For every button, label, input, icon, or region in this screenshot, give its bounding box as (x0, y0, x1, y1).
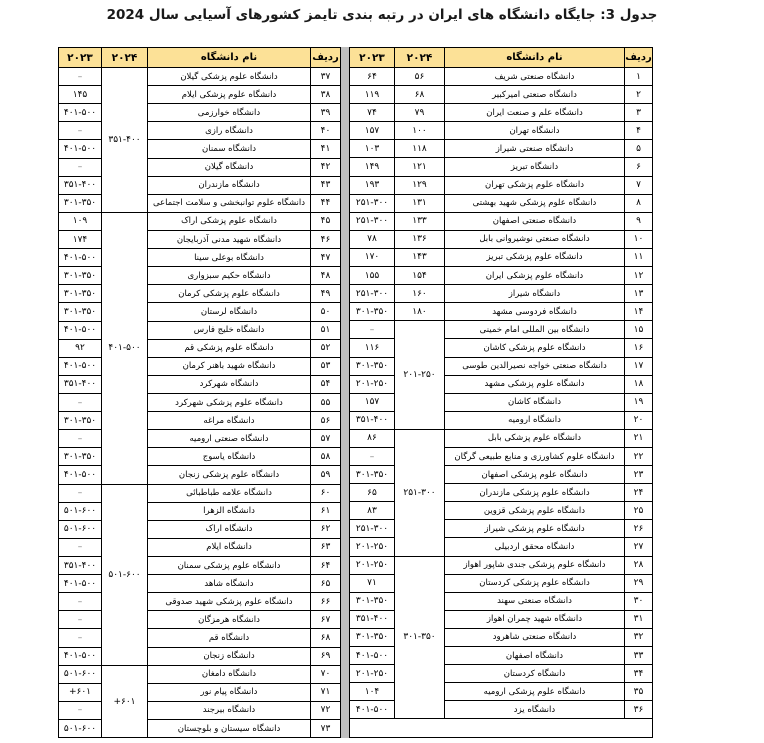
rank-2023-cell: ۶۴ (350, 68, 395, 86)
university-name-cell: دانشگاه پیام نور (148, 683, 311, 701)
university-name-cell: دانشگاه علوم پزشکی قم (148, 339, 311, 357)
table-row: ۱۰دانشگاه صنعتی نوشیروانی بابل۱۳۶۷۸ (350, 230, 653, 248)
rank-2023-cell: ۶۵ (350, 484, 395, 502)
rank-cell: ۲۴ (625, 484, 653, 502)
university-name-cell: دانشگاه شاهد (148, 575, 311, 593)
university-name-cell: دانشگاه علوم پزشکی شهید صدوقی (148, 593, 311, 611)
rank-cell: ۶۴ (311, 556, 341, 574)
university-name-cell: دانشگاه علوم پزشکی بابل (445, 429, 625, 447)
rank-2023-cell: ۳۰۱-۳۵۰ (59, 267, 102, 285)
university-name-cell: دانشگاه صنعتی شریف (445, 68, 625, 86)
rank-cell: ۱۴ (625, 303, 653, 321)
rank-2023-cell: ۳۰۱-۳۵۰ (350, 592, 395, 610)
university-name-cell: دانشگاه علوم پزشکی جندی شاپور اهواز (445, 556, 625, 574)
table-row: ۱۴دانشگاه فردوسی مشهد۱۸۰۳۰۱-۳۵۰ (350, 303, 653, 321)
table-row: ۷دانشگاه علوم پزشکی تهران۱۲۹۱۹۳ (350, 176, 653, 194)
university-name-cell: دانشگاه سمنان (148, 140, 311, 158)
rank-2023-cell: ۱۱۶ (350, 339, 395, 357)
rank-2023-cell: ۱۷۰ (350, 248, 395, 266)
university-name-cell: دانشگاه علوم پزشکی ارومیه (445, 683, 625, 701)
table-row: ۶۰دانشگاه علامه طباطبائی۵۰۱-۶۰۰– (59, 484, 341, 502)
table-row: ۴۷دانشگاه بوعلی سینا۴۰۱-۵۰۰ (59, 249, 341, 267)
rank-cell: ۱ (625, 68, 653, 86)
rank-cell: ۴۵ (311, 212, 341, 230)
rank-cell: ۳۹ (311, 104, 341, 122)
table-title: جدول 3: جایگاه دانشگاه های ایران در رتبه… (0, 7, 764, 23)
university-name-cell: دانشگاه صنعتی نوشیروانی بابل (445, 230, 625, 248)
rank-cell: ۶۷ (311, 611, 341, 629)
table-row: ۶۲دانشگاه اراک۵۰۱-۶۰۰ (59, 520, 341, 538)
table-row: ۴۵دانشگاه علوم پزشکی اراک۴۰۱-۵۰۰۱۰۹ (59, 212, 341, 230)
rank-cell: ۵ (625, 140, 653, 158)
rank-cell: ۲۶ (625, 520, 653, 538)
university-name-cell: دانشگاه تبریز (445, 158, 625, 176)
university-name-cell: دانشگاه صنعتی سهند (445, 592, 625, 610)
table-row: ۶۷دانشگاه هرمزگان– (59, 611, 341, 629)
table-row: ۶۹دانشگاه زنجان۴۰۱-۵۰۰ (59, 647, 341, 665)
rank-cell: ۱۸ (625, 375, 653, 393)
university-name-cell: دانشگاه دامغان (148, 665, 311, 683)
rank-2023-cell: ۱۵۷ (350, 393, 395, 411)
university-name-cell: دانشگاه خوارزمی (148, 104, 311, 122)
university-name-cell: دانشگاه گیلان (148, 158, 311, 176)
table-row: ۶۱دانشگاه الزهرا۵۰۱-۶۰۰ (59, 502, 341, 520)
rank-2023-cell: ۴۰۱-۵۰۰ (59, 104, 102, 122)
right-header-row: ردیف نام دانشگاه ۲۰۲۴ ۲۰۲۳ (350, 48, 653, 68)
table-row: ۱دانشگاه صنعتی شریف۵۶۶۴ (350, 68, 653, 86)
rank-cell: ۳۷ (311, 68, 341, 86)
rank-cell: ۱۱ (625, 248, 653, 266)
university-name-cell: دانشگاه یاسوج (148, 448, 311, 466)
table-row: ۷۱دانشگاه پیام نور+۶۰۱ (59, 683, 341, 701)
university-name-cell: دانشگاه علوم پزشکی ایران (445, 267, 625, 285)
table-row: ۶۳دانشگاه ایلام– (59, 538, 341, 556)
rank-2023-cell: ۳۰۱-۳۵۰ (350, 357, 395, 375)
rank-2023-cell: ۹۲ (59, 339, 102, 357)
table-row: ۴۰دانشگاه رازی– (59, 122, 341, 140)
rank-2023-cell: ۳۵۱-۴۰۰ (59, 176, 102, 194)
university-name-cell: دانشگاه اصفهان (445, 647, 625, 665)
rank-cell: ۲۰ (625, 411, 653, 429)
university-name-cell: دانشگاه زنجان (148, 647, 311, 665)
university-name-cell: دانشگاه علوم پزشکی شهید بهشتی (445, 194, 625, 212)
rank-2023-cell: ۳۰۱-۳۵۰ (350, 303, 395, 321)
university-name-cell: دانشگاه لرستان (148, 303, 311, 321)
university-name-cell: دانشگاه علوم پزشکی اصفهان (445, 466, 625, 484)
university-name-cell: دانشگاه شهید چمران اهواز (445, 610, 625, 628)
rank-cell: ۱۶ (625, 339, 653, 357)
rank-2023-cell: ۸۳ (350, 502, 395, 520)
rank-2023-cell: ۷۴ (350, 104, 395, 122)
rank-cell: ۲۸ (625, 556, 653, 574)
table-row: ۵۹دانشگاه علوم پزشکی زنجان۴۰۱-۵۰۰ (59, 466, 341, 484)
university-name-cell: دانشگاه محقق اردبیلی (445, 538, 625, 556)
rank-2024-cell: ۱۱۸ (395, 140, 445, 158)
university-name-cell: دانشگاه خلیج فارس (148, 321, 311, 339)
rank-2023-cell: ۳۵۱-۴۰۰ (350, 610, 395, 628)
university-name-cell: دانشگاه صنعتی شیراز (445, 140, 625, 158)
rank-2023-cell: ۴۰۱-۵۰۰ (59, 249, 102, 267)
rank-2024-cell: ۵۶ (395, 68, 445, 86)
university-name-cell: دانشگاه علوم پزشکی گیلان (148, 68, 311, 86)
table-row: ۲دانشگاه صنعتی امیرکبیر۶۸۱۱۹ (350, 86, 653, 104)
rank-2023-cell: ۳۰۱-۳۵۰ (59, 303, 102, 321)
rank-cell: ۶۱ (311, 502, 341, 520)
rank-2023-cell: ۲۰۱-۲۵۰ (350, 538, 395, 556)
rank-cell: ۵۷ (311, 430, 341, 448)
table-row: ۵۶دانشگاه مراغه۳۰۱-۳۵۰ (59, 412, 341, 430)
table-row: ۶۵دانشگاه شاهد۴۰۱-۵۰۰ (59, 575, 341, 593)
rank-cell: ۵۲ (311, 339, 341, 357)
rank-cell: ۲۹ (625, 574, 653, 592)
rank-cell: ۴۹ (311, 285, 341, 303)
rank-cell: ۲۱ (625, 429, 653, 447)
university-name-cell: دانشگاه هرمزگان (148, 611, 311, 629)
rank-cell: ۱۲ (625, 267, 653, 285)
university-name-cell: دانشگاه علوم پزشکی کاشان (445, 339, 625, 357)
university-name-cell: دانشگاه مراغه (148, 412, 311, 430)
rank-cell: ۱۹ (625, 393, 653, 411)
rank-2023-cell: ۵۰۱-۶۰۰ (59, 502, 102, 520)
rank-2023-cell: ۲۵۱-۳۰۰ (350, 212, 395, 230)
rank-cell: ۶۹ (311, 647, 341, 665)
rank-2024-group-cell: ۴۰۱-۵۰۰ (102, 212, 148, 484)
rank-2024-group-cell: ۲۰۱-۲۵۰ (395, 321, 445, 430)
table-row: ۱۳دانشگاه شیراز۱۶۰۲۵۱-۳۰۰ (350, 285, 653, 303)
rank-cell: ۳۶ (625, 701, 653, 719)
university-name-cell: دانشگاه شهید مدنی آذربایجان (148, 230, 311, 248)
rank-cell: ۲۷ (625, 538, 653, 556)
table-row: ۴۳دانشگاه مازندران۳۵۱-۴۰۰ (59, 176, 341, 194)
rank-2023-cell: ۱۰۳ (350, 140, 395, 158)
rank-cell: ۴۲ (311, 158, 341, 176)
university-name-cell: دانشگاه بوعلی سینا (148, 249, 311, 267)
university-name-cell: دانشگاه صنعتی خواجه نصیرالدین طوسی (445, 357, 625, 375)
university-name-cell: دانشگاه علوم پزشکی کرمان (148, 285, 311, 303)
table-separator (341, 47, 349, 738)
rank-2023-cell: – (59, 538, 102, 556)
rank-cell: ۵۹ (311, 466, 341, 484)
table-row: ۴۴دانشگاه علوم توانبخشی و سلامت اجتماعی۳… (59, 194, 341, 212)
university-name-cell: دانشگاه علوم پزشکی شهرکرد (148, 393, 311, 411)
rank-cell: ۴۸ (311, 267, 341, 285)
rank-cell: ۵۴ (311, 375, 341, 393)
rank-cell: ۲ (625, 86, 653, 104)
rank-2023-cell: ۳۰۱-۳۵۰ (350, 628, 395, 646)
table-row: ۳۷دانشگاه علوم پزشکی گیلان۳۵۱-۴۰۰– (59, 68, 341, 86)
rank-2023-cell: ۱۴۵ (59, 86, 102, 104)
rank-2024-cell: ۱۸۰ (395, 303, 445, 321)
rank-cell: ۷۰ (311, 665, 341, 683)
empty-cell (350, 719, 653, 738)
rank-cell: ۷ (625, 176, 653, 194)
page: جدول 3: جایگاه دانشگاه های ایران در رتبه… (0, 0, 764, 743)
rank-cell: ۴۳ (311, 176, 341, 194)
table-row: ۴۲دانشگاه گیلان– (59, 158, 341, 176)
table-row: ۹دانشگاه صنعتی اصفهان۱۳۳۲۵۱-۳۰۰ (350, 212, 653, 230)
rank-cell: ۶۰ (311, 484, 341, 502)
rank-cell: ۶ (625, 158, 653, 176)
empty-row (350, 719, 653, 738)
rank-2023-cell: – (350, 321, 395, 339)
rank-2023-cell: ۸۶ (350, 429, 395, 447)
rank-2023-cell: – (59, 629, 102, 647)
rank-2023-cell: – (59, 122, 102, 140)
table-row: ۴۱دانشگاه سمنان۴۰۱-۵۰۰ (59, 140, 341, 158)
rank-2023-cell: – (59, 430, 102, 448)
col-header-rank: ردیف (625, 48, 653, 68)
tables-container: ردیف نام دانشگاه ۲۰۲۴ ۲۰۲۳ ۱دانشگاه صنعت… (58, 47, 653, 738)
rank-cell: ۵۶ (311, 412, 341, 430)
rank-2024-cell: ۱۲۱ (395, 158, 445, 176)
rank-cell: ۵۸ (311, 448, 341, 466)
university-name-cell: دانشگاه فردوسی مشهد (445, 303, 625, 321)
rank-cell: ۶۳ (311, 538, 341, 556)
university-name-cell: دانشگاه حکیم سبزواری (148, 267, 311, 285)
col-header-university: نام دانشگاه (148, 48, 311, 68)
university-name-cell: دانشگاه اراک (148, 520, 311, 538)
rank-cell: ۶۶ (311, 593, 341, 611)
rank-2024-cell: ۷۹ (395, 104, 445, 122)
rank-cell: ۵۱ (311, 321, 341, 339)
table-row: ۳دانشگاه علم و صنعت ایران۷۹۷۴ (350, 104, 653, 122)
table-row: ۳۹دانشگاه خوارزمی۴۰۱-۵۰۰ (59, 104, 341, 122)
table-row: ۵۵دانشگاه علوم پزشکی شهرکرد– (59, 393, 341, 411)
rank-2023-cell: ۱۴۹ (350, 158, 395, 176)
rank-2023-cell: ۳۰۱-۳۵۰ (59, 448, 102, 466)
rank-2023-cell: ۴۰۱-۵۰۰ (350, 647, 395, 665)
col-header-2023: ۲۰۲۳ (350, 48, 395, 68)
rank-cell: ۴۷ (311, 249, 341, 267)
rank-cell: ۵۵ (311, 393, 341, 411)
rank-cell: ۷۲ (311, 701, 341, 719)
table-row: ۵۲دانشگاه علوم پزشکی قم۹۲ (59, 339, 341, 357)
university-name-cell: دانشگاه یزد (445, 701, 625, 719)
rank-2023-cell: ۳۰۱-۳۵۰ (59, 412, 102, 430)
rank-cell: ۲۵ (625, 502, 653, 520)
university-name-cell: دانشگاه علوم پزشکی مشهد (445, 375, 625, 393)
rank-cell: ۳ (625, 104, 653, 122)
university-name-cell: دانشگاه تهران (445, 122, 625, 140)
rank-2024-cell: ۱۳۶ (395, 230, 445, 248)
university-name-cell: دانشگاه علوم پزشکی ایلام (148, 86, 311, 104)
rank-cell: ۶۲ (311, 520, 341, 538)
rank-2023-cell: ۲۵۱-۳۰۰ (350, 194, 395, 212)
rank-cell: ۳۲ (625, 628, 653, 646)
university-name-cell: دانشگاه علوم پزشکی زنجان (148, 466, 311, 484)
rank-cell: ۴۱ (311, 140, 341, 158)
rank-2023-cell: ۱۷۴ (59, 230, 102, 248)
rank-2023-cell: ۷۸ (350, 230, 395, 248)
rank-cell: ۱۷ (625, 357, 653, 375)
rank-2023-cell: ۵۰۱-۶۰۰ (59, 665, 102, 683)
right-table: ردیف نام دانشگاه ۲۰۲۴ ۲۰۲۳ ۱دانشگاه صنعت… (349, 47, 653, 738)
university-name-cell: دانشگاه علوم پزشکی اراک (148, 212, 311, 230)
university-name-cell: دانشگاه صنعتی شاهرود (445, 628, 625, 646)
rank-2023-cell: ۳۵۱-۴۰۰ (59, 556, 102, 574)
table-row: ۲۸دانشگاه علوم پزشکی جندی شاپور اهواز۳۰۱… (350, 556, 653, 574)
table-row: ۵۱دانشگاه خلیج فارس۴۰۱-۵۰۰ (59, 321, 341, 339)
rank-2023-cell: – (59, 611, 102, 629)
col-header-2024: ۲۰۲۴ (395, 48, 445, 68)
rank-2024-group-cell: ۳۵۱-۴۰۰ (102, 68, 148, 213)
rank-2024-group-cell: +۶۰۱ (102, 665, 148, 738)
col-header-university: نام دانشگاه (445, 48, 625, 68)
university-name-cell: دانشگاه علوم پزشکی قزوین (445, 502, 625, 520)
rank-cell: ۳۸ (311, 86, 341, 104)
university-name-cell: دانشگاه قم (148, 629, 311, 647)
rank-cell: ۴۴ (311, 194, 341, 212)
university-name-cell: دانشگاه بین المللی امام خمینی (445, 321, 625, 339)
rank-2024-cell: ۱۴۳ (395, 248, 445, 266)
rank-cell: ۳۳ (625, 647, 653, 665)
university-name-cell: دانشگاه صنعتی اصفهان (445, 212, 625, 230)
rank-cell: ۱۳ (625, 285, 653, 303)
rank-2023-cell: ۴۰۱-۵۰۰ (59, 140, 102, 158)
rank-cell: ۳۰ (625, 592, 653, 610)
rank-cell: ۲۲ (625, 447, 653, 465)
table-row: ۱۵دانشگاه بین المللی امام خمینی۲۰۱-۲۵۰– (350, 321, 653, 339)
rank-2023-cell: – (59, 393, 102, 411)
table-row: ۵۴دانشگاه شهرکرد۳۵۱-۴۰۰ (59, 375, 341, 393)
table-row: ۳۸دانشگاه علوم پزشکی ایلام۱۴۵ (59, 86, 341, 104)
table-row: ۴۶دانشگاه شهید مدنی آذربایجان۱۷۴ (59, 230, 341, 248)
rank-cell: ۶۸ (311, 629, 341, 647)
university-name-cell: دانشگاه کردستان (445, 665, 625, 683)
rank-2023-cell: ۴۰۱-۵۰۰ (59, 466, 102, 484)
rank-2023-cell: ۳۰۱-۳۵۰ (350, 466, 395, 484)
right-table-body: ۱دانشگاه صنعتی شریف۵۶۶۴۲دانشگاه صنعتی ام… (350, 68, 653, 738)
rank-cell: ۲۳ (625, 466, 653, 484)
table-row: ۷۲دانشگاه بیرجند– (59, 701, 341, 719)
left-header-row: ردیف نام دانشگاه ۲۰۲۴ ۲۰۲۳ (59, 48, 341, 68)
rank-2023-cell: ۳۵۱-۴۰۰ (350, 411, 395, 429)
rank-2023-cell: ۱۰۹ (59, 212, 102, 230)
university-name-cell: دانشگاه علم و صنعت ایران (445, 104, 625, 122)
rank-2024-cell: ۱۶۰ (395, 285, 445, 303)
rank-2023-cell: +۶۰۱ (59, 683, 102, 701)
rank-cell: ۱۰ (625, 230, 653, 248)
rank-2023-cell: ۳۵۱-۴۰۰ (59, 375, 102, 393)
rank-2023-cell: ۱۵۷ (350, 122, 395, 140)
rank-2024-group-cell: ۳۰۱-۳۵۰ (395, 556, 445, 719)
rank-2023-cell: – (350, 447, 395, 465)
table-row: ۷۳دانشگاه سیستان و بلوچستان۵۰۱-۶۰۰ (59, 719, 341, 738)
rank-2024-group-cell: ۲۵۱-۳۰۰ (395, 429, 445, 556)
university-name-cell: دانشگاه علوم پزشکی تبریز (445, 248, 625, 266)
rank-cell: ۸ (625, 194, 653, 212)
rank-2023-cell: – (59, 68, 102, 86)
university-name-cell: دانشگاه صنعتی ارومیه (148, 430, 311, 448)
university-name-cell: دانشگاه علوم کشاورزی و منابع طبیعی گرگان (445, 447, 625, 465)
table-row: ۵دانشگاه صنعتی شیراز۱۱۸۱۰۳ (350, 140, 653, 158)
university-name-cell: دانشگاه علامه طباطبائی (148, 484, 311, 502)
table-row: ۶۴دانشگاه علوم پزشکی سمنان۳۵۱-۴۰۰ (59, 556, 341, 574)
table-row: ۵۸دانشگاه یاسوج۳۰۱-۳۵۰ (59, 448, 341, 466)
rank-2023-cell: – (59, 701, 102, 719)
rank-cell: ۳۴ (625, 665, 653, 683)
rank-2023-cell: ۵۰۱-۶۰۰ (59, 520, 102, 538)
rank-2024-cell: ۱۰۰ (395, 122, 445, 140)
rank-2023-cell: ۲۰۱-۲۵۰ (350, 665, 395, 683)
rank-cell: ۵۰ (311, 303, 341, 321)
rank-2023-cell: – (59, 484, 102, 502)
col-header-rank: ردیف (311, 48, 341, 68)
col-header-2024: ۲۰۲۴ (102, 48, 148, 68)
rank-2023-cell: ۴۰۱-۵۰۰ (59, 357, 102, 375)
table-row: ۱۱دانشگاه علوم پزشکی تبریز۱۴۳۱۷۰ (350, 248, 653, 266)
table-row: ۵۳دانشگاه شهید باهنر کرمان۴۰۱-۵۰۰ (59, 357, 341, 375)
rank-cell: ۳۱ (625, 610, 653, 628)
rank-2023-cell: ۱۱۹ (350, 86, 395, 104)
table-row: ۷۰دانشگاه دامغان+۶۰۱۵۰۱-۶۰۰ (59, 665, 341, 683)
university-name-cell: دانشگاه ارومیه (445, 411, 625, 429)
rank-2023-cell: ۲۵۱-۳۰۰ (350, 285, 395, 303)
rank-2023-cell: ۱۰۴ (350, 683, 395, 701)
rank-2024-cell: ۶۸ (395, 86, 445, 104)
university-name-cell: دانشگاه مازندران (148, 176, 311, 194)
rank-cell: ۹ (625, 212, 653, 230)
table-row: ۴دانشگاه تهران۱۰۰۱۵۷ (350, 122, 653, 140)
rank-2024-cell: ۱۵۴ (395, 267, 445, 285)
rank-2023-cell: ۱۹۳ (350, 176, 395, 194)
table-row: ۶۸دانشگاه قم– (59, 629, 341, 647)
rank-2024-cell: ۱۲۹ (395, 176, 445, 194)
rank-2023-cell: ۱۵۵ (350, 267, 395, 285)
rank-2024-cell: ۱۳۱ (395, 194, 445, 212)
university-name-cell: دانشگاه علوم پزشکی شیراز (445, 520, 625, 538)
university-name-cell: دانشگاه سیستان و بلوچستان (148, 719, 311, 738)
table-row: ۶دانشگاه تبریز۱۲۱۱۴۹ (350, 158, 653, 176)
university-name-cell: دانشگاه علوم پزشکی کردستان (445, 574, 625, 592)
university-name-cell: دانشگاه علوم پزشکی مازندران (445, 484, 625, 502)
rank-cell: ۳۵ (625, 683, 653, 701)
rank-2023-cell: ۴۰۱-۵۰۰ (59, 647, 102, 665)
university-name-cell: دانشگاه علوم پزشکی سمنان (148, 556, 311, 574)
university-name-cell: دانشگاه علوم توانبخشی و سلامت اجتماعی (148, 194, 311, 212)
rank-2023-cell: ۲۵۱-۳۰۰ (350, 520, 395, 538)
university-name-cell: دانشگاه صنعتی امیرکبیر (445, 86, 625, 104)
rank-2024-cell: ۱۳۳ (395, 212, 445, 230)
university-name-cell: دانشگاه شهرکرد (148, 375, 311, 393)
table-row: ۶۶دانشگاه علوم پزشکی شهید صدوقی– (59, 593, 341, 611)
rank-2023-cell: ۴۰۱-۵۰۰ (59, 575, 102, 593)
rank-cell: ۶۵ (311, 575, 341, 593)
university-name-cell: دانشگاه شیراز (445, 285, 625, 303)
rank-cell: ۷۳ (311, 719, 341, 738)
rank-cell: ۴۶ (311, 230, 341, 248)
left-table-body: ۳۷دانشگاه علوم پزشکی گیلان۳۵۱-۴۰۰–۳۸دانش… (59, 68, 341, 738)
rank-2023-cell: ۳۰۱-۳۵۰ (59, 285, 102, 303)
rank-2024-group-cell: ۵۰۱-۶۰۰ (102, 484, 148, 665)
university-name-cell: دانشگاه ایلام (148, 538, 311, 556)
table-row: ۱۲دانشگاه علوم پزشکی ایران۱۵۴۱۵۵ (350, 267, 653, 285)
col-header-2023: ۲۰۲۳ (59, 48, 102, 68)
table-row: ۲۱دانشگاه علوم پزشکی بابل۲۵۱-۳۰۰۸۶ (350, 429, 653, 447)
left-table: ردیف نام دانشگاه ۲۰۲۴ ۲۰۲۳ ۳۷دانشگاه علو… (58, 47, 341, 738)
rank-2023-cell: ۴۰۱-۵۰۰ (350, 701, 395, 719)
university-name-cell: دانشگاه شهید باهنر کرمان (148, 357, 311, 375)
university-name-cell: دانشگاه علوم پزشکی تهران (445, 176, 625, 194)
table-row: ۵۰دانشگاه لرستان۳۰۱-۳۵۰ (59, 303, 341, 321)
rank-2023-cell: – (59, 593, 102, 611)
rank-2023-cell: ۷۱ (350, 574, 395, 592)
table-row: ۵۷دانشگاه صنعتی ارومیه– (59, 430, 341, 448)
university-name-cell: دانشگاه کاشان (445, 393, 625, 411)
rank-cell: ۷۱ (311, 683, 341, 701)
table-row: ۸دانشگاه علوم پزشکی شهید بهشتی۱۳۱۲۵۱-۳۰۰ (350, 194, 653, 212)
rank-2023-cell: ۴۰۱-۵۰۰ (59, 321, 102, 339)
